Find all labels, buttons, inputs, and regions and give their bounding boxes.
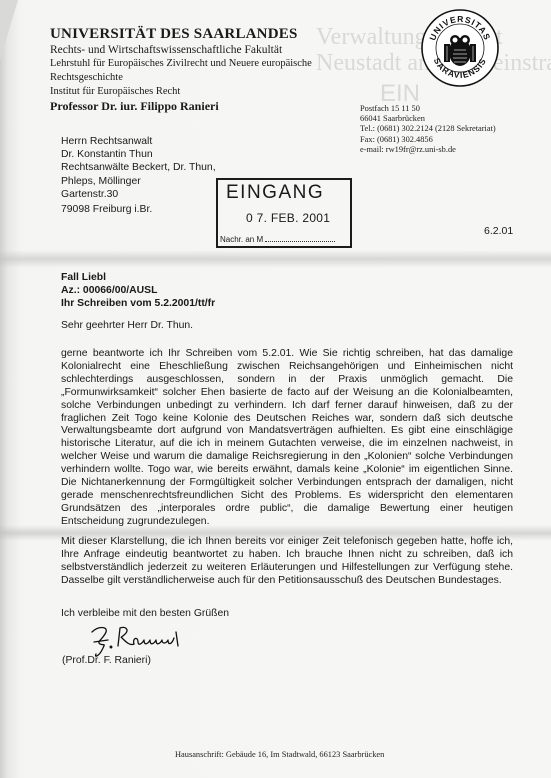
subject-block: Fall Liebl Az.: 00066/00/AUSL Ihr Schrei… [61,271,215,310]
salutation: Sehr geehrter Herr Dr. Thun. [61,320,193,331]
footer-address: Hausanschrift: Gebäude 16, Im Stadtwald,… [175,750,384,759]
closing-phrase: Ich verbleibe mit den besten Grüßen [61,608,229,619]
recipient-line: Dr. Konstantin Thun [61,148,216,161]
university-seal-icon: UNIVERSITAS SARAVIENSIS [420,8,500,88]
chair-name-cont: Rechtsgeschichte [50,71,312,85]
phone-number: Tel.: (0681) 302.2124 (2128 Sekretariat) [360,124,496,134]
folded-corner [0,0,18,60]
stamp-date: 0 7. FEB. 2001 [246,211,330,225]
scanned-letter-page: Verwaltungsgericht Neustadt an der Weins… [0,0,551,778]
postal-city: 66041 Saarbrücken [360,114,496,124]
fax-number: Fax: (0681) 302.4856 [360,135,496,145]
stamp-note-label: Nachr. an M [220,235,263,244]
stamp-note: Nachr. an M [220,235,335,244]
received-stamp: EINGANG 0 7. FEB. 2001 Nachr. an M [216,178,352,248]
recipient-line: Rechtsanwälte Beckert, Dr. Thun, [61,161,216,174]
letter-date: 6.2.01 [484,225,513,237]
sender-contact-block: Postfach 15 11 50 66041 Saarbrücken Tel.… [360,104,496,155]
your-letter-reference: Ihr Schreiben vom 5.2.2001/tt/fr [61,297,215,310]
faculty-name: Rechts- und Wirtschaftswissenschaftliche… [50,43,312,57]
file-reference: Az.: 00066/00/AUSL [61,284,215,297]
signer-name: (Prof.Dr. F. Ranieri) [62,655,151,666]
chair-name: Lehrstuhl für Europäisches Zivilrecht un… [50,57,312,71]
body-paragraph: Mit dieser Klarstellung, die ich Ihnen b… [61,536,513,588]
professor-name: Professor Dr. iur. Filippo Ranieri [50,99,312,113]
recipient-line: Phleps, Möllinger [61,175,216,188]
university-name: UNIVERSITÄT DES SAARLANDES [50,25,312,43]
stamp-note-line [265,241,335,242]
po-box: Postfach 15 11 50 [360,104,496,114]
case-name: Fall Liebl [61,271,215,284]
recipient-line: Gartenstr.30 [61,188,216,201]
recipient-city: 79098 Freiburg i.Br. [61,204,152,215]
recipient-line: Herrn Rechtsanwalt [61,135,216,148]
email-address: e-mail: rw19fr@rz.uni-sb.de [360,145,496,155]
letterhead: UNIVERSITÄT DES SAARLANDES Rechts- und W… [50,25,312,113]
body-paragraph: gerne beantworte ich Ihr Schreiben vom 5… [61,348,513,529]
recipient-address: Herrn Rechtsanwalt Dr. Konstantin Thun R… [61,135,216,201]
institute-name: Institut für Europäisches Recht [50,85,312,99]
paper-fold-line [0,250,551,268]
stamp-title: EINGANG [226,182,324,204]
